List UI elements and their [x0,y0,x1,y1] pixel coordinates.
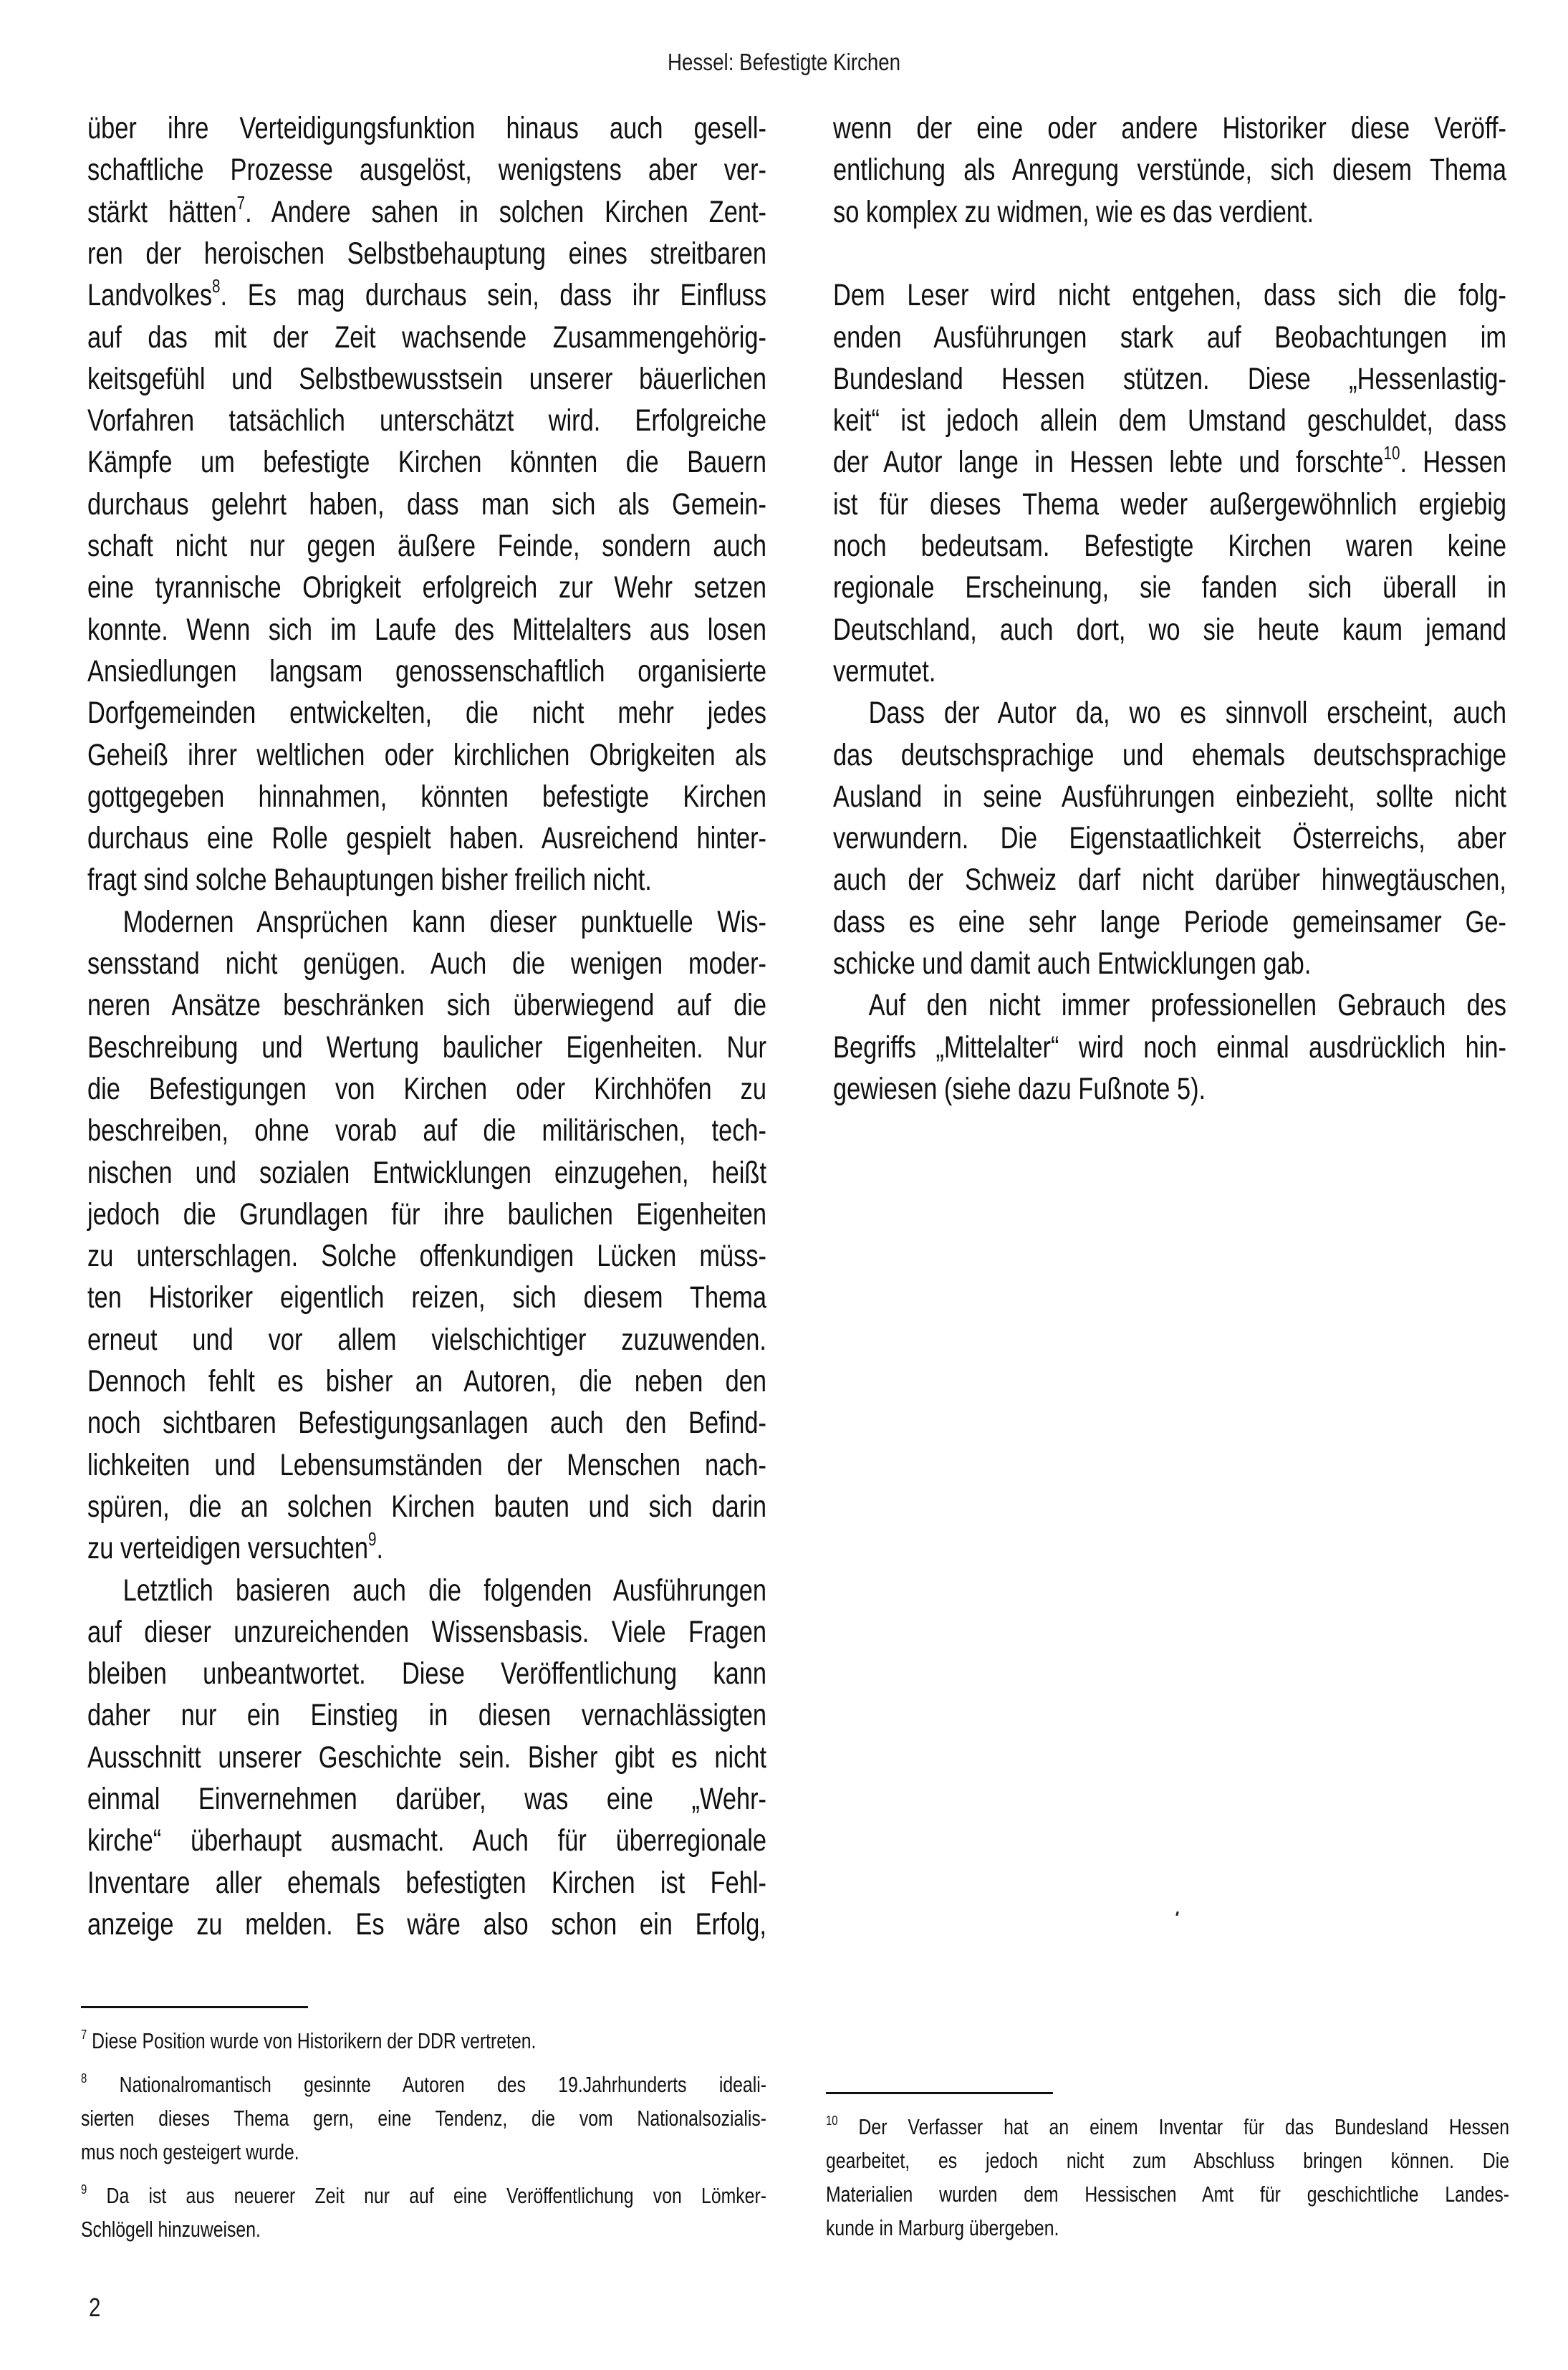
text-line: jedoch die Grundlagen für ihre baulichen… [87,1194,766,1235]
text-line: regionale Erscheinung, sie fanden sich ü… [833,567,1506,608]
text-line: entlichung als Anregung verstünde, sich … [833,149,1506,191]
footnote-line-text: Diese Position wurde von Historikern der… [92,2028,536,2053]
line-text-main: Beschreibung und Wertung baulicher Eigen… [87,1030,766,1065]
footnote-line: mus noch gesteigert wurde. [81,2136,766,2169]
line-text-main: lichkeiten und Lebensumständen der Mensc… [87,1448,766,1482]
line-text-main: die Befestigungen von Kirchen oder Kirch… [87,1072,766,1106]
line-text-main: ist für dieses Thema weder außergewöhnli… [833,487,1506,522]
line-text: Ausschnitt unserer Geschichte sein. Bish… [87,1737,766,1778]
line-text-main: entlichung als Anregung verstünde, sich … [833,153,1506,187]
text-line: gottgegeben hinnahmen, könnten befestigt… [87,776,766,817]
line-text-main: Modernen Ansprüchen kann dieser punktuel… [123,905,766,939]
footnote-line-text: Materialien wurden dem Hessischen Amt fü… [826,2182,1509,2207]
line-text: einmal Einvernehmen darüber, was eine „W… [87,1778,766,1820]
line-text-main: jedoch die Grundlagen für ihre baulichen… [87,1197,766,1232]
text-line: vermutet. [833,651,1506,692]
text-line: kirche“ überhaupt ausmacht. Auch für übe… [87,1820,766,1861]
text-line: Modernen Ansprüchen kann dieser punktuel… [87,901,766,943]
line-text-main: kirche“ überhaupt ausmacht. Auch für übe… [87,1823,766,1858]
text-line: noch sichtbaren Befestigungsanlagen auch… [87,1402,766,1444]
text-line: verwundern. Die Eigenstaatlichkeit Öster… [833,817,1506,859]
line-text-main: beschreiben, ohne vorab auf die militäri… [87,1113,766,1148]
text-line: beschreiben, ohne vorab auf die militäri… [87,1110,766,1151]
text-line: Dorfgemeinden entwickelten, die nicht me… [87,692,766,734]
footnote-line: sierten dieses Thema gern, eine Tendenz,… [81,2102,766,2135]
footnote-line: gearbeitet, es jedoch nicht zum Abschlus… [826,2144,1509,2177]
line-text: gewiesen (siehe dazu Fußnote 5). [833,1068,1506,1110]
line-text: erneut und vor allem vielschichtiger zuz… [87,1319,766,1361]
line-text-main: noch sichtbaren Befestigungsanlagen auch… [87,1406,766,1440]
text-line: Inventare aller ehemals befestigten Kirc… [87,1862,766,1904]
text-line: Geheiß ihrer weltlichen oder kirchlichen… [87,734,766,776]
line-text: bleiben unbeantwortet. Diese Veröffentli… [87,1653,766,1694]
line-text: ren der heroischen Selbstbehauptung eine… [87,233,766,274]
line-text: entlichung als Anregung verstünde, sich … [833,149,1506,191]
text-line: lichkeiten und Lebensumständen der Mensc… [87,1444,766,1486]
footnote-text: Materialien wurden dem Hessischen Amt fü… [826,2178,1509,2211]
text-line: auch der Schweiz darf nicht darüber hinw… [833,859,1506,901]
footnote-number: 10 [826,2113,838,2128]
text-line: enden Ausführungen stark auf Beobachtung… [833,317,1506,358]
line-text: durchaus gelehrt haben, dass man sich al… [87,484,766,525]
footnote-line-text: Da ist aus neuerer Zeit nur auf eine Ver… [107,2183,766,2208]
text-line: Dennoch fehlt es bisher an Autoren, die … [87,1361,766,1402]
line-text: keitsgefühl und Selbstbewusstsein unsere… [87,358,766,400]
line-text: Landvolkes8. Es mag durchaus sein, dass … [87,274,766,316]
running-title: Hessel: Befestigte Kirchen [668,49,900,76]
footnote-line: Materialien wurden dem Hessischen Amt fü… [826,2178,1509,2211]
line-text-main: Ansiedlungen langsam genossenschaftlich … [87,654,766,689]
line-text-main: stärkt hätten [87,195,237,229]
footnote-reference[interactable]: 7 [237,193,245,214]
line-text: neren Ansätze beschränken sich überwiege… [87,984,766,1026]
footnote-number: 8 [81,2071,87,2086]
line-text: Modernen Ansprüchen kann dieser punktuel… [87,901,766,943]
line-text: der Autor lange in Hessen lebte und fors… [833,441,1506,483]
text-line: Ansiedlungen langsam genossenschaftlich … [87,651,766,692]
line-text-main: einmal Einvernehmen darüber, was eine „W… [87,1782,766,1816]
footnote-line-text: Nationalromantisch gesinnte Autoren des … [120,2072,766,2097]
footnote-line: 10 Der Verfasser hat an einem Inventar f… [826,2111,1509,2144]
line-text: jedoch die Grundlagen für ihre baulichen… [87,1194,766,1235]
footnote-line-text: mus noch gesteigert wurde. [81,2139,299,2164]
line-text: Auf den nicht immer professionellen Gebr… [833,984,1506,1026]
text-line: nischen und sozialen Entwicklungen einzu… [87,1152,766,1194]
line-text-main: noch bedeutsam. Befestigte Kirchen waren… [833,529,1506,563]
text-line: spüren, die an solchen Kirchen bauten un… [87,1486,766,1527]
line-text: schaft nicht nur gegen äußere Feinde, so… [87,525,766,567]
line-text: konnte. Wenn sich im Laufe des Mittelalt… [87,609,766,651]
line-text: Dass der Autor da, wo es sinnvoll ersche… [833,692,1506,734]
line-text: lichkeiten und Lebensumständen der Mensc… [87,1444,766,1486]
text-line: auf dieser unzureichenden Wissensbasis. … [87,1611,766,1653]
line-text-main: gewiesen (siehe dazu Fußnote 5). [833,1072,1206,1106]
text-line: das deutschsprachige und ehemals deutsch… [833,734,1506,776]
line-text-main: zu unterschlagen. Solche offenkundigen L… [87,1239,766,1273]
line-text: Kämpfe um befestigte Kirchen könnten die… [87,441,766,483]
text-line: Letztlich basieren auch die folgenden Au… [87,1570,766,1611]
line-text-main: Auf den nicht immer professionellen Gebr… [869,988,1506,1022]
footnote-text: sierten dieses Thema gern, eine Tendenz,… [81,2102,766,2135]
text-line: durchaus gelehrt haben, dass man sich al… [87,484,766,525]
text-line: bleiben unbeantwortet. Diese Veröffentli… [87,1653,766,1694]
line-text: nischen und sozialen Entwicklungen einzu… [87,1152,766,1194]
line-text-main: konnte. Wenn sich im Laufe des Mittelalt… [87,613,766,647]
line-text: Begriffs „Mittelalter“ wird noch einmal … [833,1027,1506,1068]
line-text-main: spüren, die an solchen Kirchen bauten un… [87,1489,766,1524]
line-text: Letztlich basieren auch die folgenden Au… [87,1570,766,1611]
text-line: gewiesen (siehe dazu Fußnote 5). [833,1068,1506,1110]
line-text-main: schicke und damit auch Entwicklungen gab… [833,946,1311,981]
text-line: die Befestigungen von Kirchen oder Kirch… [87,1068,766,1110]
line-text-main: durchaus gelehrt haben, dass man sich al… [87,487,766,522]
line-text-main: neren Ansätze beschränken sich überwiege… [87,988,766,1022]
line-text: Bundesland Hessen stützen. Diese „Hessen… [833,358,1506,400]
footnote-line: 9 Da ist aus neuerer Zeit nur auf eine V… [81,2179,766,2212]
line-text: Ansiedlungen langsam genossenschaftlich … [87,651,766,692]
text-line: Landvolkes8. Es mag durchaus sein, dass … [87,274,766,316]
line-text-continued: . [377,1531,384,1565]
line-text-main: Ausland in seine Ausführungen einbezieht… [833,779,1506,814]
footnote-number: 9 [81,2182,87,2197]
line-text: gottgegeben hinnahmen, könnten befestigt… [87,776,766,817]
scan-speck [1175,1911,1178,1916]
line-text: zu verteidigen versuchten9. [87,1527,766,1569]
line-text-main: Landvolkes [87,278,212,312]
text-line: so komplex zu widmen, wie es das verdien… [833,191,1506,233]
line-text: zu unterschlagen. Solche offenkundigen L… [87,1235,766,1277]
line-text-main: dass es eine sehr lange Periode gemeinsa… [833,905,1506,939]
line-text-main: Letztlich basieren auch die folgenden Au… [123,1573,766,1608]
line-text-main: ren der heroischen Selbstbehauptung eine… [87,236,766,271]
text-line: dass es eine sehr lange Periode gemeinsa… [833,901,1506,943]
line-text: stärkt hätten7. Andere sahen in solchen … [87,191,766,233]
document-page: Hessel: Befestigte Kirchen über ihre Ver… [0,0,1568,2370]
footnote-line: Schlögell hinzuweisen. [81,2213,766,2246]
line-text-main: keitsgefühl und Selbstbewusstsein unsere… [87,362,766,396]
line-text-main: über ihre Verteidigungsfunktion hinaus a… [87,111,766,145]
footnote-separator-left [81,2006,308,2008]
line-text-main: enden Ausführungen stark auf Beobachtung… [833,320,1506,355]
footnote-text: gearbeitet, es jedoch nicht zum Abschlus… [826,2144,1509,2177]
text-line: noch bedeutsam. Befestigte Kirchen waren… [833,525,1506,567]
line-text-main: verwundern. Die Eigenstaatlichkeit Öster… [833,821,1506,855]
line-text-main: Begriffs „Mittelalter“ wird noch einmal … [833,1030,1506,1065]
line-text-main: nischen und sozialen Entwicklungen einzu… [87,1156,766,1190]
line-text-main: Geheiß ihrer weltlichen oder kirchlichen… [87,738,766,772]
line-text-main: Vorfahren tatsächlich unterschätzt wird.… [87,403,766,438]
text-line: ten Historiker eigentlich reizen, sich d… [87,1277,766,1318]
text-line: Kämpfe um befestigte Kirchen könnten die… [87,441,766,483]
line-text: spüren, die an solchen Kirchen bauten un… [87,1486,766,1527]
text-line: neren Ansätze beschränken sich überwiege… [87,984,766,1026]
line-text-main: das deutschsprachige und ehemals deutsch… [833,738,1506,772]
footnote-line-text: sierten dieses Thema gern, eine Tendenz,… [81,2106,766,2131]
line-text: eine tyrannische Obrigkeit erfolgreich z… [87,567,766,608]
footnote-line: kunde in Marburg übergeben. [826,2212,1509,2245]
line-text-main: auch der Schweiz darf nicht darüber hinw… [833,863,1506,897]
line-text: so komplex zu widmen, wie es das verdien… [833,191,1506,233]
line-text: kirche“ überhaupt ausmacht. Auch für übe… [87,1820,766,1861]
text-line: zu unterschlagen. Solche offenkundigen L… [87,1235,766,1277]
line-text-main: schaft nicht nur gegen äußere Feinde, so… [87,529,766,563]
line-text: auch der Schweiz darf nicht darüber hinw… [833,859,1506,901]
footnote-line: 8 Nationalromantisch gesinnte Autoren de… [81,2068,766,2101]
line-text-main: Dem Leser wird nicht entgehen, dass sich… [833,278,1506,312]
line-text-main: sensstand nicht genügen. Auch die wenige… [87,946,766,981]
text-line: erneut und vor allem vielschichtiger zuz… [87,1319,766,1361]
line-text-main: regionale Erscheinung, sie fanden sich ü… [833,570,1506,605]
line-text-main: schaftliche Prozesse ausgelöst, wenigste… [87,153,766,187]
line-text-main: Bundesland Hessen stützen. Diese „Hessen… [833,362,1506,396]
footnote-text: 10 Der Verfasser hat an einem Inventar f… [826,2111,1509,2144]
text-line: Bundesland Hessen stützen. Diese „Hessen… [833,358,1506,400]
text-line: daher nur ein Einstieg in diesen vernach… [87,1694,766,1736]
text-line: Deutschland, auch dort, wo sie heute kau… [833,609,1506,651]
line-text-main: keit“ ist jedoch allein dem Umstand gesc… [833,403,1506,438]
page-number: 2 [89,2293,100,2323]
line-text: Dennoch fehlt es bisher an Autoren, die … [87,1361,766,1402]
line-text: über ihre Verteidigungsfunktion hinaus a… [87,107,766,149]
line-text: keit“ ist jedoch allein dem Umstand gesc… [833,400,1506,441]
text-line: schaftliche Prozesse ausgelöst, wenigste… [87,149,766,191]
line-text-main: Deutschland, auch dort, wo sie heute kau… [833,613,1506,647]
line-text: sensstand nicht genügen. Auch die wenige… [87,943,766,984]
line-text: daher nur ein Einstieg in diesen vernach… [87,1694,766,1736]
footnote-text: Schlögell hinzuweisen. [81,2213,766,2246]
footnote-text: mus noch gesteigert wurde. [81,2136,766,2169]
footnote-text: 8 Nationalromantisch gesinnte Autoren de… [81,2068,766,2101]
line-text-main: Dennoch fehlt es bisher an Autoren, die … [87,1364,766,1399]
footnote-reference[interactable]: 8 [212,277,220,297]
line-text-main: wenn der eine oder andere Historiker die… [833,111,1506,145]
text-line: schicke und damit auch Entwicklungen gab… [833,943,1506,984]
line-text-continued: . Hessen [1400,445,1506,479]
line-text-main: Ausschnitt unserer Geschichte sein. Bish… [87,1740,766,1775]
running-header: Hessel: Befestigte Kirchen [0,49,1568,76]
line-text-main: Dass der Autor da, wo es sinnvoll ersche… [869,696,1506,730]
line-text-continued: . Es mag durchaus sein, dass ihr Einflus… [221,278,766,312]
footnote-separator-right [826,2092,1053,2094]
line-text: ist für dieses Thema weder außergewöhnli… [833,484,1506,525]
text-line: ren der heroischen Selbstbehauptung eine… [87,233,766,274]
line-text-main: bleiben unbeantwortet. Diese Veröffentli… [87,1656,766,1691]
text-line: durchaus eine Rolle gespielt haben. Ausr… [87,817,766,859]
footnote-number: 7 [81,2027,87,2042]
text-line: Dass der Autor da, wo es sinnvoll ersche… [833,692,1506,734]
line-text: schicke und damit auch Entwicklungen gab… [833,943,1506,984]
text-line: wenn der eine oder andere Historiker die… [833,107,1506,149]
footnote-text: kunde in Marburg übergeben. [826,2212,1509,2245]
line-text: Vorfahren tatsächlich unterschätzt wird.… [87,400,766,441]
text-line: auf das mit der Zeit wachsende Zusammeng… [87,317,766,358]
text-line: einmal Einvernehmen darüber, was eine „W… [87,1778,766,1820]
line-text: noch bedeutsam. Befestigte Kirchen waren… [833,525,1506,567]
footnote-line: 7 Diese Position wurde von Historikern d… [81,2025,766,2058]
line-text: verwundern. Die Eigenstaatlichkeit Öster… [833,817,1506,859]
text-line: keitsgefühl und Selbstbewusstsein unsere… [87,358,766,400]
text-line: ist für dieses Thema weder außergewöhnli… [833,484,1506,525]
footnote-text: 9 Da ist aus neuerer Zeit nur auf eine V… [81,2179,766,2212]
text-line: keit“ ist jedoch allein dem Umstand gesc… [833,400,1506,441]
line-text-main: Inventare aller ehemals befestigten Kirc… [87,1866,766,1900]
text-line: Begriffs „Mittelalter“ wird noch einmal … [833,1027,1506,1068]
line-text: Deutschland, auch dort, wo sie heute kau… [833,609,1506,651]
line-text: fragt sind solche Behauptungen bisher fr… [87,859,766,901]
line-text: auf dieser unzureichenden Wissensbasis. … [87,1611,766,1653]
line-text-main: auf das mit der Zeit wachsende Zusammeng… [87,320,766,355]
line-text-main: vermutet. [833,654,935,689]
text-line: Dem Leser wird nicht entgehen, dass sich… [833,274,1506,316]
line-text: die Befestigungen von Kirchen oder Kirch… [87,1068,766,1110]
line-text: noch sichtbaren Befestigungsanlagen auch… [87,1402,766,1444]
line-text: vermutet. [833,651,1506,692]
line-text: Dorfgemeinden entwickelten, die nicht me… [87,692,766,734]
line-text-main: durchaus eine Rolle gespielt haben. Ausr… [87,821,766,855]
line-text: enden Ausführungen stark auf Beobachtung… [833,317,1506,358]
line-text-main: ten Historiker eigentlich reizen, sich d… [87,1280,766,1315]
text-line: zu verteidigen versuchten9. [87,1527,766,1569]
line-text: auf das mit der Zeit wachsende Zusammeng… [87,317,766,358]
text-line: konnte. Wenn sich im Laufe des Mittelalt… [87,609,766,651]
line-text-main: Kämpfe um befestigte Kirchen könnten die… [87,445,766,479]
text-line: Beschreibung und Wertung baulicher Eigen… [87,1027,766,1068]
line-text: anzeige zu melden. Es wäre also schon ei… [87,1904,766,1945]
text-line: Ausland in seine Ausführungen einbezieht… [833,776,1506,817]
line-text: Dem Leser wird nicht entgehen, dass sich… [833,274,1506,316]
line-text: Geheiß ihrer weltlichen oder kirchlichen… [87,734,766,776]
line-text-main: eine tyrannische Obrigkeit erfolgreich z… [87,570,766,605]
footnote-line-text: Der Verfasser hat an einem Inventar für … [859,2114,1510,2139]
footnote-line-text: gearbeitet, es jedoch nicht zum Abschlus… [826,2148,1509,2173]
text-line: eine tyrannische Obrigkeit erfolgreich z… [87,567,766,608]
line-text-main: der Autor lange in Hessen lebte und fors… [833,445,1383,479]
line-text-main: gottgegeben hinnahmen, könnten befestigt… [87,779,766,814]
line-text: beschreiben, ohne vorab auf die militäri… [87,1110,766,1151]
footnote-text: 7 Diese Position wurde von Historikern d… [81,2025,766,2058]
line-text: schaftliche Prozesse ausgelöst, wenigste… [87,149,766,191]
line-text-main: anzeige zu melden. Es wäre also schon ei… [87,1907,766,1942]
line-text-main: Dorfgemeinden entwickelten, die nicht me… [87,696,766,730]
blank-line [833,233,1506,274]
line-text: Ausland in seine Ausführungen einbezieht… [833,776,1506,817]
text-line: anzeige zu melden. Es wäre also schon ei… [87,1904,766,1945]
line-text: ten Historiker eigentlich reizen, sich d… [87,1277,766,1318]
line-text: Inventare aller ehemals befestigten Kirc… [87,1862,766,1904]
line-text-main: daher nur ein Einstieg in diesen vernach… [87,1698,766,1732]
footnote-line-text: kunde in Marburg übergeben. [826,2215,1059,2240]
footnote-reference[interactable]: 9 [368,1530,376,1550]
text-line: Ausschnitt unserer Geschichte sein. Bish… [87,1737,766,1778]
text-line: Vorfahren tatsächlich unterschätzt wird.… [87,400,766,441]
line-text-main: fragt sind solche Behauptungen bisher fr… [87,863,652,897]
text-line: der Autor lange in Hessen lebte und fors… [833,441,1506,483]
line-text-main: so komplex zu widmen, wie es das verdien… [833,195,1314,229]
line-text: regionale Erscheinung, sie fanden sich ü… [833,567,1506,608]
line-text: dass es eine sehr lange Periode gemeinsa… [833,901,1506,943]
line-text-continued: . Andere sahen in solchen Kirchen Zent- [245,195,766,229]
line-text: durchaus eine Rolle gespielt haben. Ausr… [87,817,766,859]
footnote-reference[interactable]: 10 [1383,443,1400,464]
text-line: stärkt hätten7. Andere sahen in solchen … [87,191,766,233]
text-line: über ihre Verteidigungsfunktion hinaus a… [87,107,766,149]
footnote-line-text: Schlögell hinzuweisen. [81,2217,261,2242]
line-text: das deutschsprachige und ehemals deutsch… [833,734,1506,776]
text-line: sensstand nicht genügen. Auch die wenige… [87,943,766,984]
line-text-main: erneut und vor allem vielschichtiger zuz… [87,1323,766,1357]
text-line: schaft nicht nur gegen äußere Feinde, so… [87,525,766,567]
line-text-main: zu verteidigen versuchten [87,1531,368,1565]
text-line: fragt sind solche Behauptungen bisher fr… [87,859,766,901]
text-line: Auf den nicht immer professionellen Gebr… [833,984,1506,1026]
line-text-main: auf dieser unzureichenden Wissensbasis. … [87,1615,766,1649]
line-text: Beschreibung und Wertung baulicher Eigen… [87,1027,766,1068]
line-text: wenn der eine oder andere Historiker die… [833,107,1506,149]
